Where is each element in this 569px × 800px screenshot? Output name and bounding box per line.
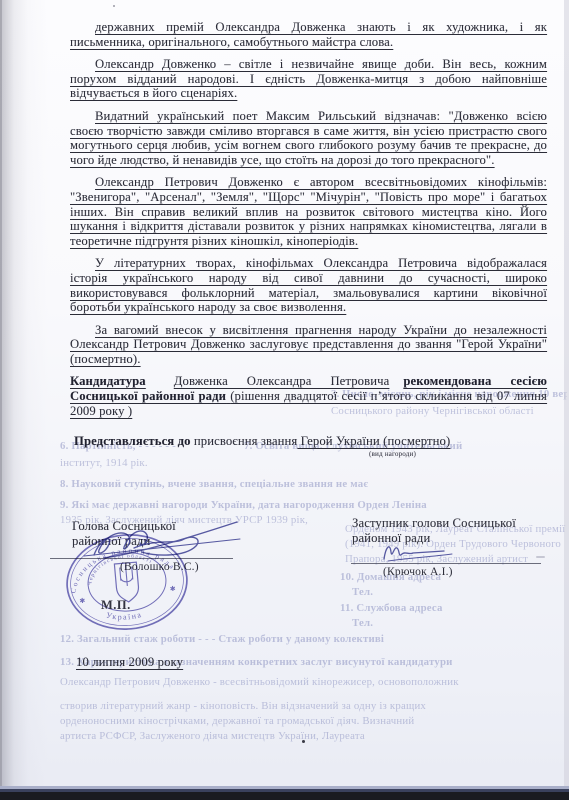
seal-place-note: М.П. xyxy=(101,598,131,613)
award-type-caption: (вид нагороди) xyxy=(365,447,416,462)
submission-label: Представляється до xyxy=(74,434,191,448)
paragraph-phenomenon: Олександр Довженко – світле і незвичайне… xyxy=(70,57,547,101)
ink-speck xyxy=(302,740,305,743)
paragraph-films: Олександр Петрович Довженко є автором вс… xyxy=(70,175,547,248)
paragraph-merit: За вагомий внесок у висвітлення прагненн… xyxy=(70,323,547,367)
date-text: 10 липня 2009 року xyxy=(66,655,187,669)
submission-paragraph: Представляється до присвоєння звання Гер… xyxy=(70,434,547,449)
bleedthrough-text: артиста РСФСР, Заслуженого діяча мистецт… xyxy=(60,730,555,742)
svg-text:Сосницька районна рада: Сосницька районна рада xyxy=(66,543,179,595)
scan-left-edge xyxy=(0,0,2,800)
paragraph-artist-writer: державних премій Олександра Довженка зна… xyxy=(70,20,547,49)
candidate-name: Довженка Олександра Петровича xyxy=(174,374,404,388)
stamp-star-left: ✱ xyxy=(79,597,86,605)
scan-left-shadow xyxy=(0,0,48,800)
candidacy-paragraph: КандидатураДовженка Олександра Петровича… xyxy=(70,374,547,418)
right-signature-line xyxy=(351,563,541,564)
scan-right-edge xyxy=(564,0,569,800)
paragraph-rylsky-quote: Видатний український поет Максим Рильськ… xyxy=(70,109,547,167)
bleedthrough-text: створив літературний жанр - кіноповість.… xyxy=(60,700,555,712)
bleedthrough-text: 11. Службова адреса xyxy=(340,602,443,614)
candidacy-label: Кандидатура xyxy=(70,374,174,388)
bleedthrough-text: орденоносними кінострічками, державної т… xyxy=(60,715,555,727)
bleedthrough-text: Тел. xyxy=(352,586,373,598)
scan-bottom-band xyxy=(0,792,569,800)
bleedthrough-text: Тел. xyxy=(352,617,373,629)
submission-middle: присвоєння звання xyxy=(194,434,298,448)
document-body: державних премій Олександра Довженка зна… xyxy=(70,20,547,457)
stamp-star-right: ✱ xyxy=(169,585,176,593)
bleedthrough-text: Олександр Петрович Довженко - всесвітньо… xyxy=(60,676,555,688)
right-title-line1: Заступник голови Сосницької xyxy=(352,516,516,530)
scanned-document-page: 3. Число, місяць, рік і місце народження… xyxy=(0,0,569,800)
ink-speck xyxy=(536,556,545,558)
stamp-outer-ring-text: Сосницька районна рада xyxy=(66,543,179,595)
bleedthrough-text: інститут, 1914 рік. xyxy=(60,457,148,469)
right-signatory-name: (Крючок А.І.) xyxy=(383,566,453,578)
bleedthrough-text: 9. Які має державні нагороди України, да… xyxy=(60,499,547,511)
document-date: 10 липня 2009 року xyxy=(66,655,187,670)
ink-speck xyxy=(113,5,115,7)
bleedthrough-text: 12. Загальний стаж роботи - - - Стаж роб… xyxy=(60,633,550,645)
award-title: Герой України (посмертно) xyxy=(297,434,450,448)
paragraph-literary-works: У літературних творах, кінофільмах Олекс… xyxy=(70,256,547,314)
bleedthrough-text: 8. Науковий ступінь, вчене звання, спеці… xyxy=(60,478,547,490)
official-round-stamp: Сосницька районна рада Чернігівської обл… xyxy=(58,526,196,639)
